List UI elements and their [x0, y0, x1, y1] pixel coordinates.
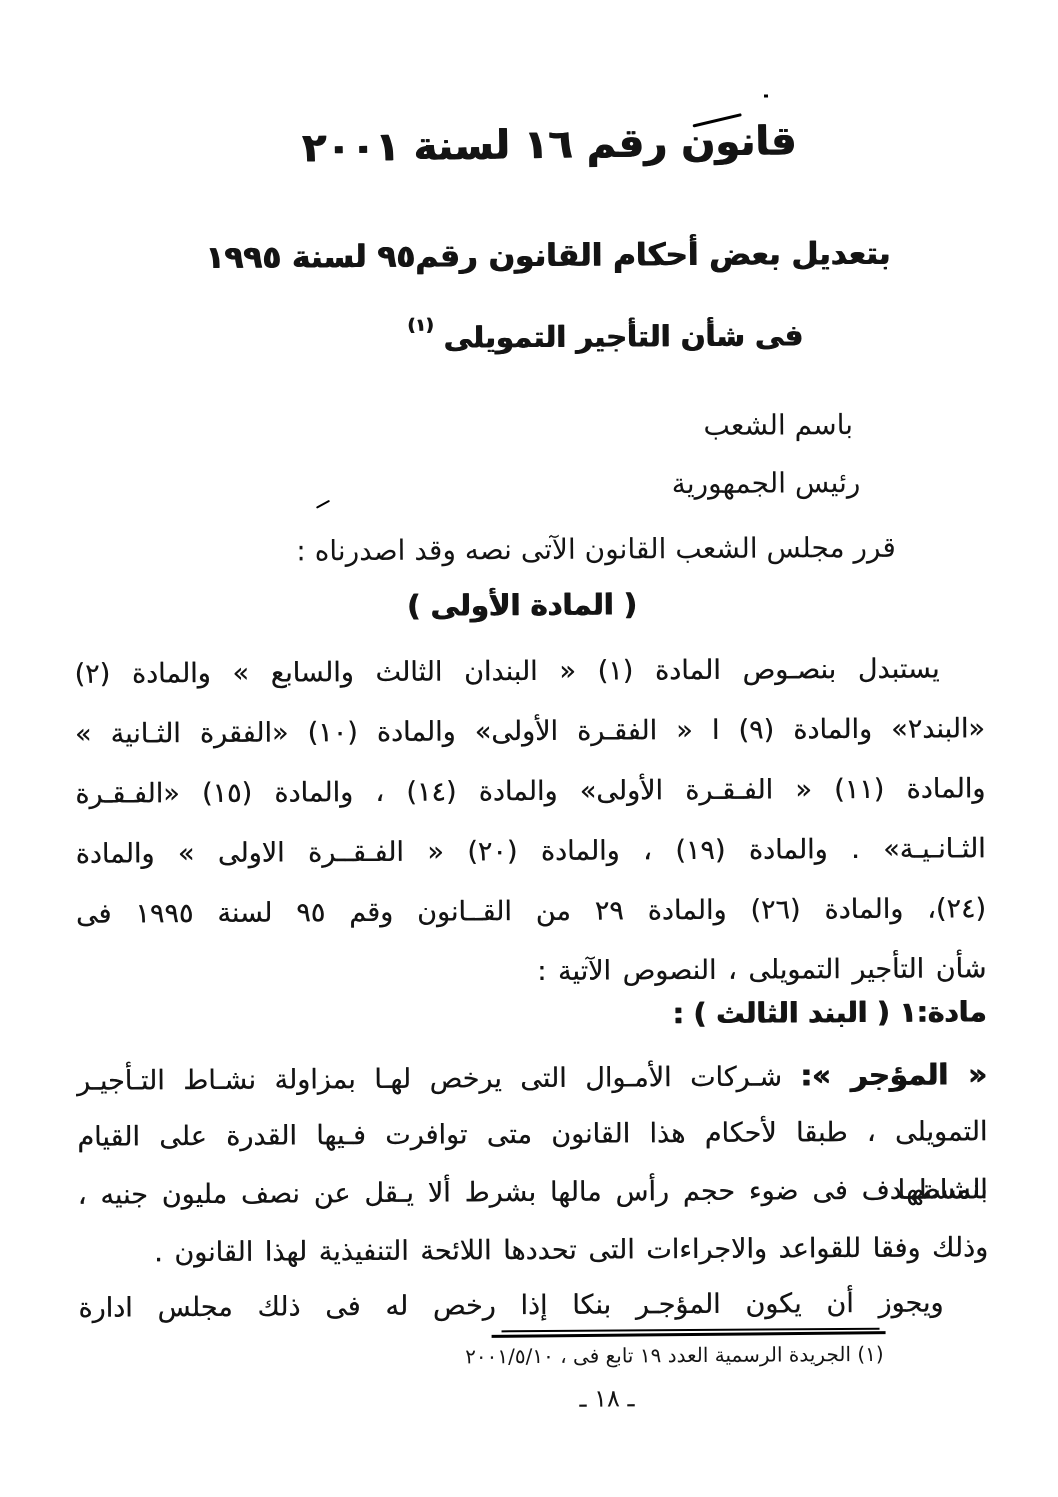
lessor-definition-line: « المؤجر »: شـركات الأمـوال التى يرخص له…	[77, 1045, 987, 1109]
lessor-definition-paragraph: « المؤجر »: شـركات الأمـوال التى يرخص له…	[77, 1045, 988, 1283]
lessor-definition-line: المستهـدف فى ضوء حجم رأس مالها بشرط ألا …	[78, 1161, 988, 1225]
article-1-heading: مادة:١ ( البند الثالث ) :	[673, 995, 987, 1030]
president-of-republic-line: رئيس الجمهورية	[672, 466, 861, 500]
first-article-heading: ( المادة الأولى )	[0, 585, 1051, 625]
lessor-definition-text: شـركات الأمـوال التى يرخص لهـا بمزاولة ن…	[77, 1061, 801, 1096]
law-subject-line: فى شأن التأجير التمويلى (١)	[76, 316, 1058, 356]
lessor-definition-line: التمويلى ، طبقا لأحكام هذا القانون متى ت…	[77, 1103, 987, 1167]
scanned-law-page: قانون رقم ١٦ لسنة ٢٠٠١ بتعديل بعض أحكام …	[0, 0, 1058, 1497]
amendment-line: والمادة (١١) « الفـقـرة الأولى» والمادة …	[75, 759, 985, 825]
amendment-line: الثـانـيـة» . والمادة (١٩) ، والمادة (٢٠…	[75, 819, 985, 885]
pen-dot-mark	[764, 95, 768, 98]
amendment-line: «البند٢» والمادة (٩) ا « الفقـرة الأولى»…	[75, 699, 985, 765]
pen-tick-mark	[316, 500, 330, 509]
amendment-line: يستبدل بنصـوص المادة (١) « البندان الثال…	[74, 639, 984, 705]
footnote-reference-marker: (١)	[408, 316, 434, 336]
page-number: ـ ١٨ ـ	[78, 1381, 1058, 1415]
amendment-line: (٢٤)، والمادة (٢٦) والمادة ٢٩ من القــان…	[76, 879, 986, 945]
law-subtitle: بتعديل بعض أحكام القانون رقم٩٥ لسنة ١٩٩٥	[19, 235, 1058, 277]
lessor-term: « المؤجر »:	[800, 1057, 987, 1092]
law-subject: فى شأن التأجير التمويلى	[434, 318, 804, 354]
amendment-line: شأن التأجير التمويلى ، النصوص الآتية :	[76, 939, 986, 1005]
footnote-gazette-citation: (١) الجريدة الرسمية العدد ١٩ تابع فى ، ٢…	[465, 1342, 884, 1369]
in-the-name-of-people-line: باسم الشعب	[703, 408, 853, 442]
enactment-clause: قرر مجلس الشعب القانون الآتى نصه وقد اصد…	[296, 531, 896, 568]
amendment-paragraph: يستبدل بنصـوص المادة (١) « البندان الثال…	[74, 639, 986, 1005]
law-title: قانون رقم ١٦ لسنة ٢٠٠١	[20, 114, 1058, 176]
